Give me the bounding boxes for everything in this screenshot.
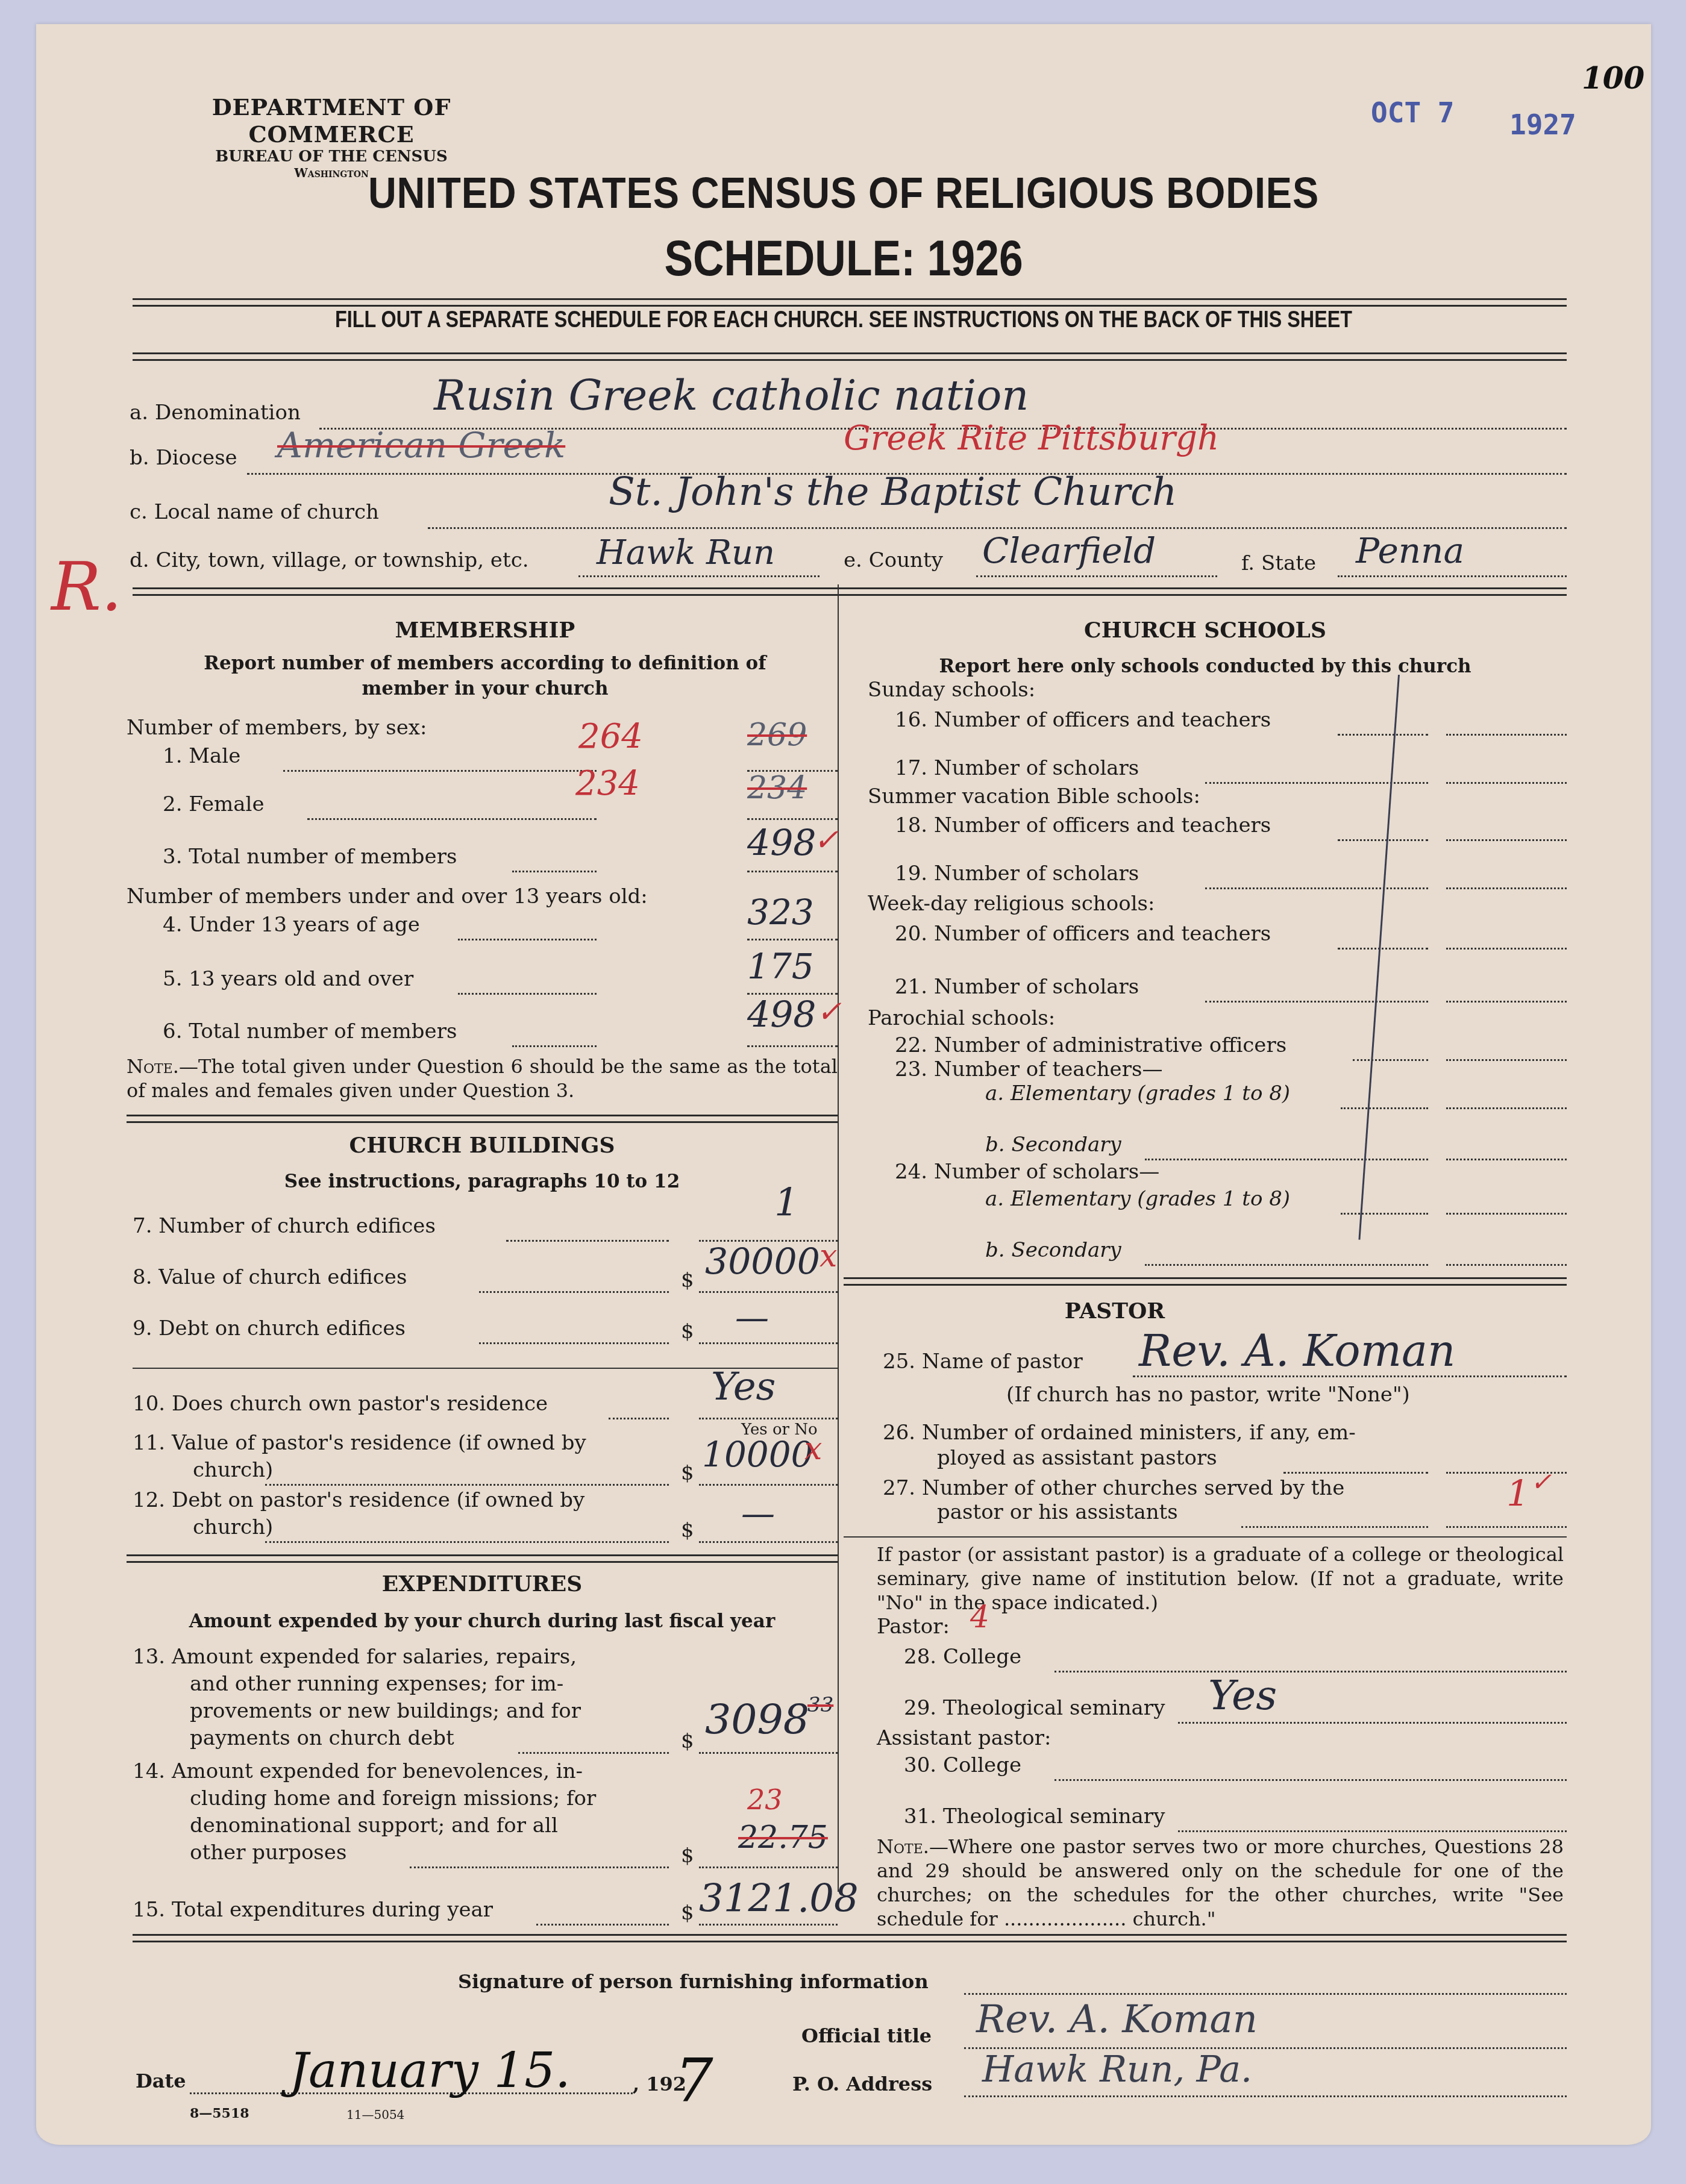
by-sex-label: Number of members, by sex: — [127, 716, 427, 740]
q18-label: 18. Number of officers and teachers — [895, 813, 1271, 837]
seminary-line — [1178, 1722, 1567, 1724]
under-13-line — [458, 939, 597, 940]
asst-seminary-field[interactable] — [1178, 1830, 1567, 1832]
city-line — [578, 575, 819, 577]
value-residence-field[interactable]: 10000 — [702, 1434, 813, 1475]
date-year-field[interactable]: 7 — [675, 2045, 713, 2116]
q22-field[interactable] — [1446, 1059, 1567, 1061]
benevolences-correction: 23 — [747, 1783, 783, 1816]
schools-heading: CHURCH SCHOOLS — [844, 618, 1567, 643]
pastor-mark: 4 — [970, 1600, 989, 1635]
male-struck-value: 269 — [747, 717, 807, 753]
q17-label: 17. Number of scholars — [895, 756, 1139, 780]
value-residence-label: 11. Value of pastor's residence (if owne… — [133, 1431, 586, 1455]
other-churches-label-2: pastor or his assistants — [937, 1500, 1178, 1524]
rule — [844, 1277, 1567, 1286]
other-churches-check-icon: ✓ — [1531, 1467, 1552, 1497]
debt-edifices-label: 9. Debt on church edifices — [133, 1316, 406, 1341]
summer-schools-label: Summer vacation Bible schools: — [868, 784, 1200, 809]
note-text: —The total given under Question 6 should… — [127, 1055, 838, 1102]
seminary-label: 29. Theological seminary — [904, 1696, 1165, 1720]
value-edifices-currency: $ — [681, 1268, 694, 1292]
total-members-check-icon: ✓ — [813, 822, 839, 857]
edifices-field[interactable]: 1 — [774, 1181, 799, 1225]
over-13-label: 5. 13 years old and over — [163, 967, 413, 991]
form-code-2: 11—5054 — [346, 2107, 404, 2122]
total-expenditures-line-2 — [699, 1924, 838, 1926]
fill-out-instruction: FILL OUT A SEPARATE SCHEDULE FOR EACH CH… — [157, 307, 1530, 333]
edifices-label: 7. Number of church edifices — [133, 1214, 436, 1238]
asst-seminary-label: 31. Theological seminary — [904, 1804, 1165, 1829]
over-13-line — [458, 993, 597, 995]
q21-line — [1205, 1001, 1428, 1003]
pastor-subsection-label: Pastor: — [877, 1615, 950, 1639]
benevolences-field[interactable]: 22.75 — [738, 1819, 828, 1856]
county-label: e. County — [844, 548, 943, 572]
q19-line — [1205, 887, 1428, 889]
rule — [133, 1934, 1567, 1942]
county-field[interactable]: Clearfield — [982, 530, 1156, 571]
value-residence-line-2 — [699, 1484, 838, 1486]
debt-residence-line — [265, 1541, 669, 1543]
college-label: 28. College — [904, 1645, 1021, 1669]
q18-line — [1338, 839, 1428, 841]
asst-ministers-label-1: 26. Number of ordained ministers, if any… — [883, 1421, 1356, 1445]
pastor-note-text: —Where one pastor serves two or more chu… — [877, 1835, 1564, 1930]
total-by-age-label: 6. Total number of members — [163, 1019, 457, 1044]
running-label-2: and other running expenses; for im- — [190, 1672, 563, 1696]
q17-line — [1205, 782, 1428, 784]
total-expenditures-label: 15. Total expenditures during year — [133, 1898, 493, 1922]
running-field[interactable]: 3098 — [705, 1696, 809, 1744]
benevolences-label-1: 14. Amount expended for benevolences, in… — [133, 1759, 583, 1783]
census-schedule-form: DEPARTMENT OF COMMERCE BUREAU OF THE CEN… — [36, 24, 1651, 2145]
rule — [127, 1554, 838, 1563]
running-line — [518, 1752, 669, 1754]
po-address-line — [964, 2095, 1567, 2097]
denomination-label: a. Denomination — [130, 401, 301, 425]
total-expenditures-field[interactable]: 3121.08 — [699, 1877, 859, 1921]
local-name-line — [428, 527, 1567, 529]
under-13-line-2 — [747, 939, 838, 940]
q23-label: 23. Number of teachers— — [895, 1057, 1162, 1081]
debt-residence-label-2: church) — [193, 1515, 273, 1539]
q23a-line — [1341, 1107, 1428, 1109]
pastor-name-field[interactable]: Rev. A. Koman — [1139, 1325, 1455, 1376]
total-expenditures-line — [536, 1924, 669, 1926]
value-residence-line — [265, 1484, 669, 1486]
other-churches-field[interactable]: 1 — [1506, 1473, 1529, 1515]
diocese-label: b. Diocese — [130, 446, 237, 470]
asst-college-label: 30. College — [904, 1753, 1021, 1777]
female-label: 2. Female — [163, 792, 265, 816]
asst-college-field[interactable] — [1055, 1779, 1567, 1781]
diocese-field[interactable]: Greek Rite Pittsburgh — [844, 419, 1219, 458]
form-title: UNITED STATES CENSUS OF RELIGIOUS BODIES — [117, 169, 1570, 218]
margin-review-mark: R. — [51, 548, 122, 625]
county-line — [976, 575, 1217, 577]
total-members-line — [512, 871, 597, 872]
q16-line[interactable] — [1338, 734, 1428, 736]
assistant-pastor-label: Assistant pastor: — [877, 1726, 1051, 1750]
male-field[interactable]: 264 — [578, 717, 643, 756]
schools-subheading: Report here only schools conducted by th… — [844, 654, 1567, 679]
q21-field[interactable] — [1446, 1001, 1567, 1003]
debt-residence-field[interactable]: — — [741, 1494, 775, 1533]
q16-label: 16. Number of officers and teachers — [895, 708, 1271, 732]
q20-field[interactable] — [1446, 948, 1567, 950]
note-lead: Note. — [127, 1055, 179, 1078]
debt-edifices-line-2 — [699, 1342, 838, 1344]
q20-label: 20. Number of officers and teachers — [895, 922, 1271, 946]
pen-stroke-across-schools — [1358, 675, 1400, 1240]
po-address-field[interactable]: Hawk Run, Pa. — [982, 2048, 1252, 2091]
city-field[interactable]: Hawk Run — [597, 533, 775, 572]
buildings-heading: CHURCH BUILDINGS — [127, 1133, 838, 1158]
local-name-field[interactable]: St. John's the Baptist Church — [609, 470, 1177, 515]
schedule-title: SCHEDULE: 1926 — [157, 229, 1530, 287]
expenditures-heading: EXPENDITURES — [127, 1571, 838, 1597]
q22-line — [1353, 1059, 1428, 1061]
debt-residence-currency: $ — [681, 1518, 694, 1542]
value-edifices-mark: x — [819, 1238, 837, 1274]
running-label-4: payments on church debt — [190, 1726, 454, 1750]
department-name: DEPARTMENT OF COMMERCE — [136, 93, 527, 148]
total-by-age-line-2 — [747, 1045, 838, 1047]
q24b-field[interactable] — [1446, 1264, 1567, 1266]
rule — [133, 587, 1567, 596]
value-edifices-label: 8. Value of church edifices — [133, 1265, 407, 1289]
value-residence-mark: x — [804, 1431, 822, 1467]
owns-residence-field[interactable]: Yes — [711, 1365, 776, 1409]
column-divider — [838, 584, 839, 1892]
benevolences-line — [410, 1866, 669, 1868]
form-code-1: 8—5518 — [190, 2106, 249, 2121]
pastor-heading: PASTOR — [844, 1298, 1386, 1324]
male-label: 1. Male — [163, 744, 240, 768]
value-edifices-line-2 — [699, 1291, 838, 1293]
value-edifices-line — [479, 1291, 669, 1293]
female-field[interactable]: 234 — [575, 764, 640, 803]
q23a-field[interactable] — [1446, 1107, 1567, 1109]
q24a-label: a. Elementary (grades 1 to 8) — [985, 1187, 1290, 1211]
rule — [127, 1115, 838, 1123]
department-header: DEPARTMENT OF COMMERCE BUREAU OF THE CEN… — [136, 93, 527, 180]
over-13-field[interactable]: 175 — [747, 946, 814, 987]
owns-residence-line-2 — [699, 1418, 838, 1419]
diocese-struck-value: American Greek — [277, 425, 565, 466]
rule — [844, 1536, 1567, 1538]
male-line — [283, 770, 597, 772]
other-churches-line-2 — [1446, 1526, 1567, 1528]
received-stamp-date: OCT 7 — [1371, 96, 1454, 129]
membership-note: Note.—The total given under Question 6 s… — [127, 1054, 838, 1103]
q22-label: 22. Number of administrative officers — [895, 1033, 1286, 1057]
parochial-schools-label: Parochial schools: — [868, 1006, 1055, 1030]
total-members-line-2 — [747, 871, 838, 872]
female-line — [307, 818, 597, 820]
local-name-label: c. Local name of church — [130, 500, 379, 524]
running-label-3: provements or new buildings; and for — [190, 1699, 581, 1723]
total-expenditures-currency: $ — [681, 1901, 694, 1925]
debt-edifices-currency: $ — [681, 1319, 694, 1344]
q23a-label: a. Elementary (grades 1 to 8) — [985, 1081, 1290, 1106]
running-cents: 33 — [807, 1693, 833, 1717]
q17-field[interactable] — [1446, 782, 1567, 784]
q24-label: 24. Number of scholars— — [895, 1160, 1159, 1184]
debt-edifices-line — [479, 1342, 669, 1344]
q24a-line — [1341, 1213, 1428, 1215]
benevolences-currency: $ — [681, 1844, 694, 1868]
sunday-schools-label: Sunday schools: — [868, 678, 1035, 702]
q19-label: 19. Number of scholars — [895, 862, 1139, 886]
value-residence-currency: $ — [681, 1461, 694, 1485]
date-label: Date — [136, 2070, 186, 2092]
q23b-label: b. Secondary — [985, 1133, 1121, 1157]
other-churches-label-1: 27. Number of other churches served by t… — [883, 1476, 1344, 1500]
q24b-line — [1145, 1264, 1428, 1266]
asst-ministers-line — [1283, 1472, 1428, 1474]
q24b-label: b. Secondary — [985, 1238, 1121, 1262]
college-field[interactable] — [1055, 1671, 1567, 1672]
q19-field[interactable] — [1446, 887, 1567, 889]
rule — [133, 352, 1567, 361]
date-field[interactable]: January 15. — [289, 2042, 571, 2098]
female-struck-value: 234 — [747, 770, 807, 806]
by-age-label: Number of members under and over 13 year… — [127, 884, 648, 909]
owns-residence-label: 10. Does church own pastor's residence — [133, 1392, 548, 1416]
seminary-field[interactable]: Yes — [1208, 1672, 1277, 1719]
buildings-subheading: See instructions, paragraphs 10 to 12 — [127, 1169, 838, 1194]
value-residence-label-2: church) — [193, 1458, 273, 1482]
q18-field[interactable] — [1446, 839, 1567, 841]
benevolences-label-3: denominational support; and for all — [190, 1813, 558, 1838]
q21-label: 21. Number of scholars — [895, 975, 1139, 999]
running-currency: $ — [681, 1729, 694, 1753]
owns-residence-line — [609, 1418, 669, 1419]
state-line — [1338, 575, 1567, 577]
rule — [133, 298, 1567, 307]
official-title-label: Official title — [801, 2024, 932, 2047]
female-line-2 — [747, 818, 838, 820]
total-members-label: 3. Total number of members — [163, 845, 457, 869]
membership-heading: MEMBERSHIP — [133, 618, 838, 643]
pastor-name-label: 25. Name of pastor — [883, 1350, 1083, 1374]
q16-field[interactable] — [1446, 734, 1567, 736]
asst-ministers-label-2: ployed as assistant pastors — [937, 1446, 1217, 1470]
debt-edifices-field[interactable]: — — [735, 1298, 769, 1338]
running-label-1: 13. Amount expended for salaries, repair… — [133, 1645, 577, 1669]
debt-residence-label: 12. Debt on pastor's residence (if owned… — [133, 1488, 584, 1512]
expenditures-subheading: Amount expended by your church during la… — [127, 1609, 838, 1634]
value-edifices-field[interactable]: 30000 — [705, 1241, 820, 1283]
denomination-field[interactable]: Rusin Greek catholic nation — [434, 371, 1029, 420]
benevolences-line-2 — [699, 1866, 838, 1868]
official-title-field[interactable]: Rev. A. Koman — [976, 1997, 1258, 2042]
state-field[interactable]: Penna — [1356, 530, 1464, 571]
weekday-schools-label: Week-day religious schools: — [868, 892, 1155, 916]
q20-line — [1338, 948, 1428, 950]
total-by-age-check-icon: ✓ — [816, 994, 842, 1029]
bureau-name: BUREAU OF THE CENSUS — [136, 148, 527, 166]
pastor-name-hint: (If church has no pastor, write "None") — [1006, 1383, 1410, 1407]
total-members-field[interactable]: 498 — [747, 822, 816, 865]
benevolences-label-4: other purposes — [190, 1841, 346, 1865]
signature-field[interactable] — [964, 1993, 1567, 1995]
debt-residence-line-2 — [699, 1541, 838, 1543]
signature-label: Signature of person furnishing informati… — [458, 1970, 929, 1993]
po-address-label: P. O. Address — [792, 2073, 932, 2095]
q24a-field[interactable] — [1446, 1213, 1567, 1215]
state-label: f. State — [1241, 551, 1316, 575]
q23b-field[interactable] — [1446, 1159, 1567, 1160]
total-by-age-field[interactable]: 498 — [747, 994, 816, 1036]
benevolences-label-2: cluding home and foreign missions; for — [190, 1786, 596, 1810]
pastor-note: Note.—Where one pastor serves two or mor… — [877, 1835, 1564, 1931]
membership-subheading: Report number of members according to de… — [169, 651, 801, 701]
total-by-age-line — [512, 1045, 597, 1047]
running-line-2 — [699, 1752, 838, 1754]
received-stamp-year: 1927 — [1509, 108, 1576, 141]
city-label: d. City, town, village, or township, etc… — [130, 548, 529, 572]
page-number: 100 — [1582, 60, 1644, 96]
under-13-label: 4. Under 13 years of age — [163, 913, 420, 937]
q23b-line — [1145, 1159, 1428, 1160]
under-13-field[interactable]: 323 — [747, 892, 814, 933]
edifices-line — [506, 1240, 669, 1242]
pastor-note-lead: Note. — [877, 1835, 929, 1858]
other-churches-line — [1241, 1526, 1428, 1528]
